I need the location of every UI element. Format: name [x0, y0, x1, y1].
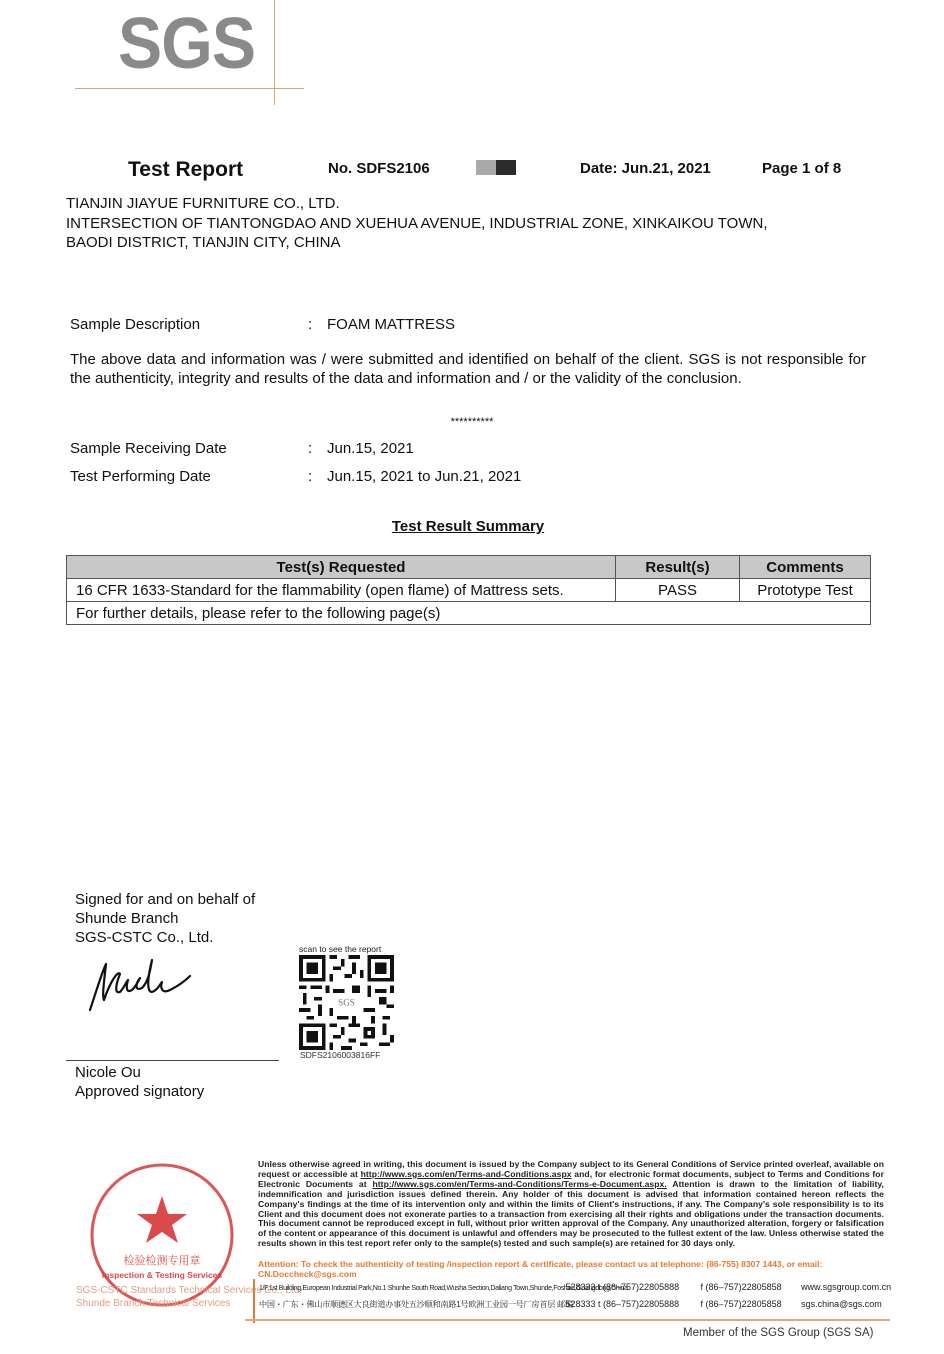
separator-stars: **********	[0, 416, 944, 428]
authenticity-attention: Attention: To check the authenticity of …	[258, 1260, 884, 1280]
test-performing-row: Test Performing Date:Jun.15, 2021 to Jun…	[70, 468, 521, 485]
colon: :	[308, 440, 327, 457]
stamp-center-cn: 检验检测专用章	[124, 1253, 201, 1267]
logo-vertical-rule	[274, 0, 275, 105]
email-link[interactable]: sgs.china@sgs.com	[801, 1299, 882, 1309]
comment-cell: Prototype Test	[740, 579, 871, 602]
page-indicator: Page 1 of 8	[762, 160, 841, 177]
telephone: t (86–757)22805888	[598, 1299, 698, 1309]
sample-description-row: Sample Description:FOAM MATTRESS	[70, 316, 455, 333]
sgs-group-member-note: Member of the SGS Group (SGS SA)	[683, 1327, 873, 1339]
table-note: For further details, please refer to the…	[67, 602, 871, 625]
redaction-block	[476, 160, 496, 175]
signer-title: Approved signatory	[75, 1082, 204, 1101]
summary-title: Test Result Summary	[0, 518, 936, 535]
postcode: 528333	[566, 1299, 596, 1309]
table-header-row: Test(s) Requested Result(s) Comments	[67, 556, 871, 579]
fax: f (86–757)22805858	[701, 1299, 799, 1309]
sample-description-label: Sample Description	[70, 316, 308, 333]
star-icon	[137, 1196, 187, 1243]
footer-address-en-row: 1/F,1st Building,European Industrial Par…	[259, 1282, 891, 1292]
sample-receiving-label: Sample Receiving Date	[70, 440, 308, 457]
address-en: 1/F,1st Building,European Industrial Par…	[259, 1285, 563, 1292]
signer-block: Nicole Ou Approved signatory	[75, 1063, 204, 1101]
stamp-center-en: Inspection & Testing Services	[102, 1270, 223, 1280]
report-title: Test Report	[128, 158, 243, 182]
colon: :	[308, 316, 327, 333]
footer-horizontal-rule	[245, 1319, 890, 1321]
client-address-line2: BAODI DISTRICT, TIANJIN CITY, CHINA	[66, 233, 768, 253]
table-row: 16 CFR 1633-Standard for the flammabilit…	[67, 579, 871, 602]
telephone: t (86–757)22805888	[598, 1282, 698, 1292]
client-block: TIANJIN JIAYUE FURNITURE CO., LTD. INTER…	[66, 194, 768, 253]
postcode: 528333	[566, 1282, 596, 1292]
terms-link[interactable]: http://www.sgs.com/en/Terms-and-Conditio…	[361, 1169, 572, 1179]
footer-vertical-rule	[253, 1279, 255, 1323]
handwritten-signature	[86, 952, 196, 1012]
terms-fine-print: Unless otherwise agreed in writing, this…	[258, 1160, 884, 1249]
signed-on-behalf-block: Signed for and on behalf of Shunde Branc…	[75, 890, 255, 947]
fine-print-part3: Attention is drawn to the limitation of …	[258, 1179, 884, 1248]
report-date: Date: Jun.21, 2021	[580, 160, 711, 177]
column-header-tests: Test(s) Requested	[67, 556, 616, 579]
footer-address-cn-row: 中国・广东・佛山市顺德区大良街道办事处五沙顺和南路1号欧洲工业园一号厂房首层 邮…	[259, 1299, 882, 1310]
qr-code[interactable]: SGS	[299, 955, 394, 1050]
sample-receiving-value: Jun.15, 2021	[327, 440, 414, 457]
test-result-table: Test(s) Requested Result(s) Comments 16 …	[66, 555, 871, 625]
signed-line3: SGS-CSTC Co., Ltd.	[75, 928, 255, 947]
signer-name: Nicole Ou	[75, 1063, 204, 1082]
column-header-comments: Comments	[740, 556, 871, 579]
sgs-logo: SGS	[118, 8, 255, 80]
sample-receiving-row: Sample Receiving Date:Jun.15, 2021	[70, 440, 414, 457]
signed-line2: Shunde Branch	[75, 909, 255, 928]
colon: :	[308, 468, 327, 485]
test-performing-value: Jun.15, 2021 to Jun.21, 2021	[327, 468, 521, 485]
client-disclaimer: The above data and information was / wer…	[70, 350, 866, 388]
sample-description-value: FOAM MATTRESS	[327, 316, 455, 333]
website-link[interactable]: www.sgsgroup.com.cn	[801, 1282, 891, 1292]
test-performing-label: Test Performing Date	[70, 468, 308, 485]
test-requested-cell: 16 CFR 1633-Standard for the flammabilit…	[67, 579, 616, 602]
client-name: TIANJIN JIAYUE FURNITURE CO., LTD.	[66, 194, 768, 214]
redaction-block	[496, 160, 516, 175]
client-address-line1: INTERSECTION OF TIANTONGDAO AND XUEHUA A…	[66, 214, 768, 234]
table-note-row: For further details, please refer to the…	[67, 602, 871, 625]
result-cell: PASS	[616, 579, 740, 602]
column-header-results: Result(s)	[616, 556, 740, 579]
qr-center-label: SGS	[338, 998, 355, 1008]
fax: f (86–757)22805858	[701, 1282, 799, 1292]
qr-caption: scan to see the report	[299, 944, 381, 954]
qr-report-id: SDFS2106003816FF	[300, 1050, 380, 1060]
address-cn: 中国・广东・佛山市顺德区大良街道办事处五沙顺和南路1号欧洲工业园一号厂房首层 邮…	[259, 1299, 563, 1310]
signed-line1: Signed for and on behalf of	[75, 890, 255, 909]
e-document-terms-link[interactable]: http://www.sgs.com/en/Terms-and-Conditio…	[372, 1179, 666, 1189]
report-number: No. SDFS2106	[328, 160, 430, 177]
signature-line	[66, 1060, 279, 1061]
logo-horizontal-rule	[75, 88, 304, 89]
